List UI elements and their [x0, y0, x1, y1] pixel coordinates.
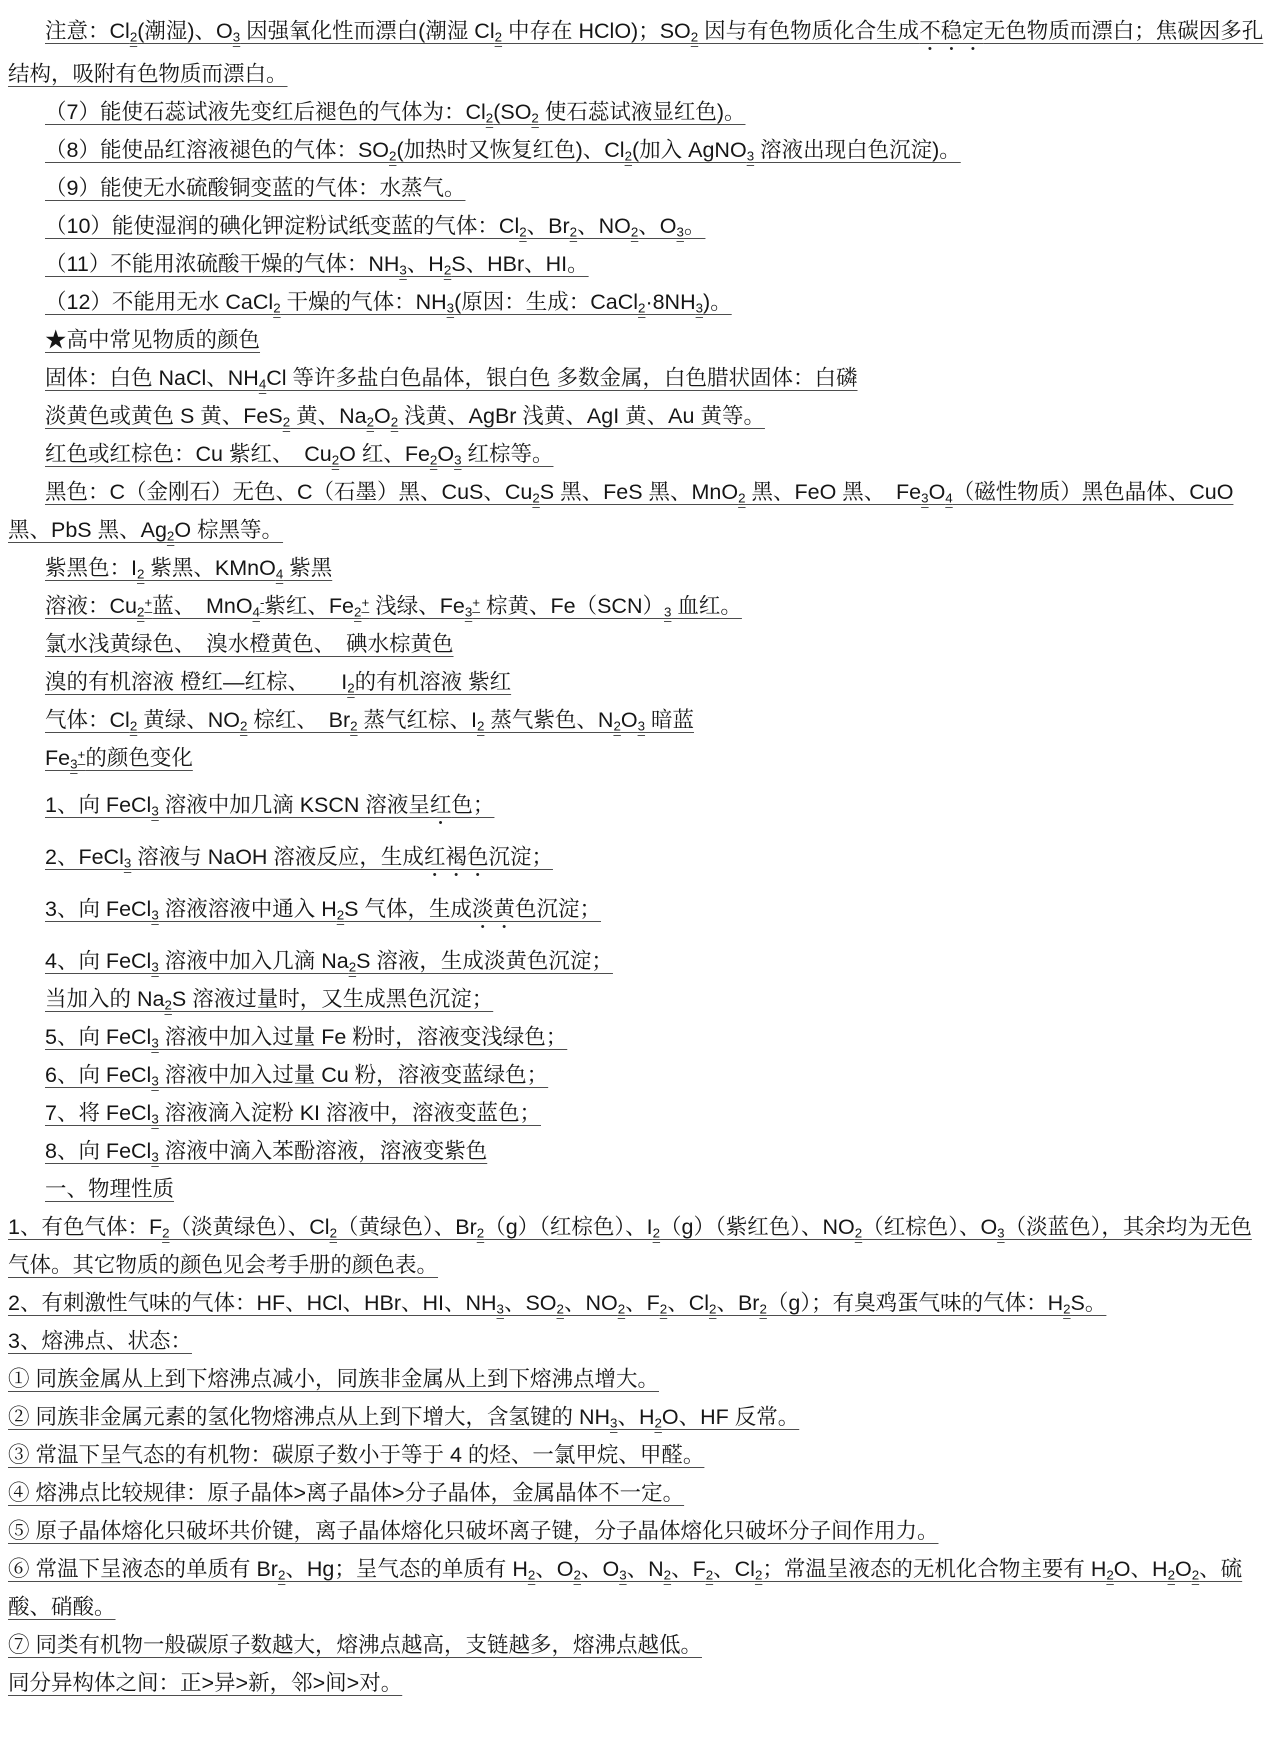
paragraph: 溶液：Cu2+蓝、 MnO4-紫红、Fe2+ 浅绿、Fe3+ 棕黄、Fe（SCN…: [8, 587, 1270, 625]
chem-script: 2: [130, 718, 137, 733]
chem-script: 3: [610, 1415, 617, 1430]
paragraph: （10）能使湿润的碘化钾淀粉试纸变蓝的气体：Cl2、Br2、NO2、O3。: [8, 207, 1270, 245]
chem-script: 2: [330, 1225, 337, 1240]
chem-script: 2: [528, 1567, 535, 1582]
chem-script: 3: [747, 148, 754, 163]
paragraph: 4、向 FeCl3 溶液中加入几滴 Na2S 溶液，生成淡黄色沉淀；: [8, 942, 1270, 980]
chem-script: 3: [638, 718, 645, 733]
paragraph: 5、向 FeCl3 溶液中加入过量 Fe 粉时，溶液变浅绿色；: [8, 1018, 1270, 1056]
chem-script: 2: [444, 262, 451, 277]
chem-script: 2: [1168, 1567, 1175, 1582]
chem-script: 2: [574, 1567, 581, 1582]
paragraph: Fe3+的颜色变化: [8, 739, 1270, 777]
paragraph: 当加入的 Na2S 溶液过量时，又生成黑色沉淀；: [8, 980, 1270, 1018]
chem-script: 2: [706, 1567, 713, 1582]
chem-script: 2: [664, 1567, 671, 1582]
paragraph: 一、物理性质: [8, 1170, 1270, 1208]
paragraph: 红色或红棕色：Cu 紫红、 Cu2O 红、Fe2O3 红棕等。: [8, 435, 1270, 473]
emphasized-text: 红褐色: [424, 845, 489, 869]
chem-script: 2: [519, 224, 526, 239]
paragraph: 固体：白色 NaCl、NH4Cl 等许多盐白色晶体，银白色 多数金属，白色腊状固…: [8, 359, 1270, 397]
chem-script: 2: [557, 1301, 564, 1316]
chem-script: 2: [367, 414, 374, 429]
chem-script: +: [361, 595, 369, 610]
chem-script: 3: [619, 1567, 626, 1582]
paragraph: 同分异构体之间：正>异>新，邻>间>对。: [8, 1664, 1270, 1702]
chem-script: 4: [253, 604, 260, 619]
paragraph: ③ 常温下呈气态的有机物：碳原子数小于等于 4 的烃、一氯甲烷、甲醛。: [8, 1436, 1270, 1474]
chem-script: 2: [570, 224, 577, 239]
chem-script: 3: [151, 1035, 158, 1050]
chem-script: 3: [677, 224, 684, 239]
chem-script: 2: [1063, 1301, 1070, 1316]
chem-script: 2: [486, 110, 493, 125]
chem-script: 2: [349, 959, 356, 974]
chem-script: 2: [531, 110, 538, 125]
chem-script: 2: [167, 528, 174, 543]
emphasized-text: 红: [430, 793, 452, 817]
paragraph: 2、有刺激性气味的气体：HF、HCl、HBr、HI、NH3、SO2、NO2、F2…: [8, 1284, 1270, 1322]
chem-script: 2: [337, 907, 344, 922]
paragraph: 1、有色气体：F2（淡黄绿色）、Cl2（黄绿色）、Br2（g）（红棕色）、I2（…: [8, 1208, 1270, 1284]
chem-script: 3: [921, 490, 928, 505]
paragraph: ② 同族非金属元素的氢化物熔沸点从上到下增大，含氢键的 NH3、H2O、HF 反…: [8, 1398, 1270, 1436]
paragraph: ① 同族金属从上到下熔沸点减小，同族非金属从上到下熔沸点增大。: [8, 1360, 1270, 1398]
paragraph: 8、向 FeCl3 溶液中滴入苯酚溶液，溶液变紫色: [8, 1132, 1270, 1170]
chem-script: 3: [151, 803, 158, 818]
chem-script: 2: [691, 29, 698, 44]
emphasized-text: 淡黄: [472, 897, 515, 921]
paragraph: （7）能使石蕊试液先变红后褪色的气体为：Cl2(SO2 使石蕊试液显红色)。: [8, 93, 1270, 131]
chem-script: 3: [696, 300, 703, 315]
chem-script: 3: [151, 1073, 158, 1088]
chem-script: 2: [738, 490, 745, 505]
chem-script: 3: [151, 907, 158, 922]
chem-script: 3: [399, 262, 406, 277]
chem-script: 2: [332, 452, 339, 467]
chem-script: 2: [162, 1225, 169, 1240]
chem-script: 2: [278, 1567, 285, 1582]
chem-script: 2: [477, 718, 484, 733]
chem-script: 2: [130, 29, 137, 44]
chem-script: 4: [945, 490, 952, 505]
chem-script: 2: [653, 1225, 660, 1240]
chem-script: 2: [625, 148, 632, 163]
chem-script: 2: [137, 566, 144, 581]
paragraph: 淡黄色或黄色 S 黄、FeS2 黄、Na2O2 浅黄、AgBr 浅黄、AgI 黄…: [8, 397, 1270, 435]
paragraph: 氯水浅黄绿色、 溴水橙黄色、 碘水棕黄色: [8, 625, 1270, 663]
chem-script: 3: [151, 959, 158, 974]
paragraph: 1、向 FeCl3 溶液中加几滴 KSCN 溶液呈红色；: [8, 786, 1270, 829]
paragraph: （11）不能用浓硫酸干燥的气体：NH3、H2S、HBr、HI。: [8, 245, 1270, 283]
chem-script: 3: [70, 756, 77, 771]
paragraph: 溴的有机溶液 橙红—红棕、 I2的有机溶液 紫红: [8, 663, 1270, 701]
chem-script: 2: [164, 997, 171, 1012]
chem-script: 2: [389, 148, 396, 163]
chem-script: 3: [454, 452, 461, 467]
chem-script: 3: [664, 604, 671, 619]
chem-script: 2: [240, 718, 247, 733]
chem-script: -: [260, 595, 264, 610]
chem-script: 2: [347, 680, 354, 695]
document-page: 注意：Cl2(潮湿)、O3 因强氧化性而漂白(潮湿 Cl2 中存在 HClO)；…: [0, 0, 1280, 1746]
chem-script: +: [472, 595, 480, 610]
paragraph: 7、将 FeCl3 溶液滴入淀粉 KI 溶液中，溶液变蓝色；: [8, 1094, 1270, 1132]
chem-script: 2: [654, 1415, 661, 1430]
paragraph: 注意：Cl2(潮湿)、O3 因强氧化性而漂白(潮湿 Cl2 中存在 HClO)；…: [8, 12, 1270, 93]
chem-script: 3: [124, 855, 131, 870]
chem-script: +: [78, 747, 86, 762]
chem-script: 2: [350, 718, 357, 733]
chem-script: 2: [273, 300, 280, 315]
chem-script: 3: [997, 1225, 1004, 1240]
chem-script: 2: [283, 414, 290, 429]
paragraph: （8）能使品红溶液褪色的气体：SO2(加热时又恢复红色)、Cl2(加入 AgNO…: [8, 131, 1270, 169]
chem-script: 2: [631, 224, 638, 239]
chem-script: 2: [613, 718, 620, 733]
chem-script: 2: [660, 1301, 667, 1316]
paragraph: 紫黑色：I2 紫黑、KMnO4 紫黑: [8, 549, 1270, 587]
chem-script: 2: [495, 29, 502, 44]
chem-script: 4: [276, 566, 283, 581]
paragraph: （12）不能用无水 CaCl2 干燥的气体：NH3(原因：生成：CaCl2·8N…: [8, 283, 1270, 321]
paragraph: ⑥ 常温下呈液态的单质有 Br2、Hg；呈气态的单质有 H2、O2、O3、N2、…: [8, 1550, 1270, 1626]
paragraph: 2、FeCl3 溶液与 NaOH 溶液反应，生成红褐色沉淀；: [8, 838, 1270, 881]
paragraph: ★高中常见物质的颜色: [8, 321, 1270, 359]
emphasized-text: 不稳定: [919, 19, 984, 43]
chem-script: 2: [430, 452, 437, 467]
chem-script: 2: [1106, 1567, 1113, 1582]
chem-script: 4: [259, 376, 266, 391]
paragraph: ⑦ 同类有机物一般碳原子数越大，熔沸点越高，支链越多，熔沸点越低。: [8, 1626, 1270, 1664]
paragraph: 6、向 FeCl3 溶液中加入过量 Cu 粉，溶液变蓝绿色；: [8, 1056, 1270, 1094]
chem-script: +: [144, 595, 152, 610]
chem-script: 2: [755, 1567, 762, 1582]
paragraph: 3、向 FeCl3 溶液溶液中通入 H2S 气体，生成淡黄色沉淀；: [8, 890, 1270, 933]
chem-script: 3: [151, 1149, 158, 1164]
chem-script: 2: [709, 1301, 716, 1316]
chem-script: 2: [1192, 1567, 1199, 1582]
chem-script: 2: [477, 1225, 484, 1240]
chem-script: 2: [532, 490, 539, 505]
paragraph: 3、熔沸点、状态：: [8, 1322, 1270, 1360]
chem-script: 3: [151, 1111, 158, 1126]
paragraph: 黑色：C（金刚石）无色、C（石墨）黑、CuS、Cu2S 黑、FeS 黑、MnO2…: [8, 473, 1270, 549]
paragraph: 气体：Cl2 黄绿、NO2 棕红、 Br2 蒸气红棕、I2 蒸气紫色、N2O3 …: [8, 701, 1270, 739]
chem-script: 2: [618, 1301, 625, 1316]
chem-script: 2: [638, 300, 645, 315]
chem-script: 2: [391, 414, 398, 429]
paragraph: ⑤ 原子晶体熔化只破坏共价键，离子晶体熔化只破坏离子键，分子晶体熔化只破坏分子间…: [8, 1512, 1270, 1550]
chem-script: 3: [447, 300, 454, 315]
paragraph: （9）能使无水硫酸铜变蓝的气体：水蒸气。: [8, 169, 1270, 207]
chem-script: 3: [497, 1301, 504, 1316]
chem-script: 3: [233, 29, 240, 44]
paragraph: ④ 熔沸点比较规律：原子晶体>离子晶体>分子晶体，金属晶体不一定。: [8, 1474, 1270, 1512]
chem-script: 2: [855, 1225, 862, 1240]
chem-script: 2: [759, 1301, 766, 1316]
